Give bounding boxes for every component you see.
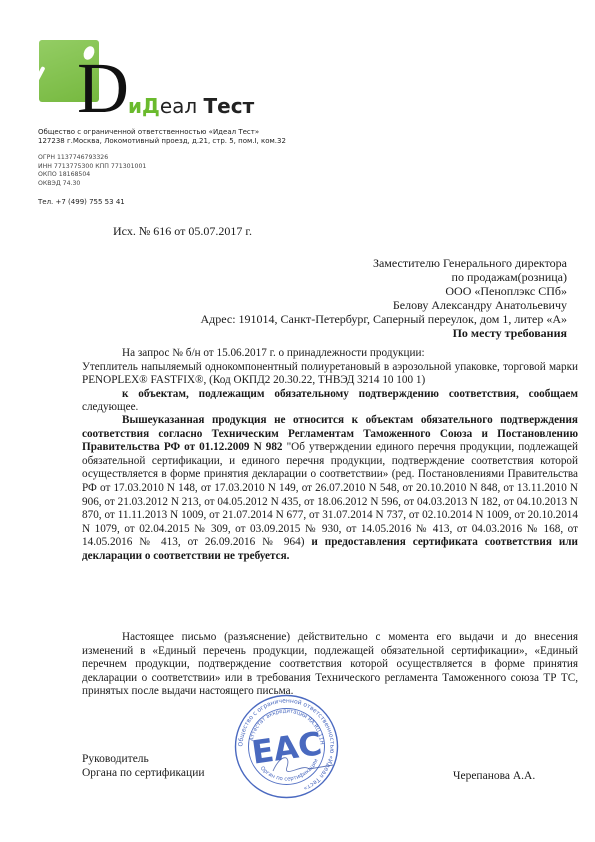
company-inn-kpp: ИНН 7713775300 КПП 771301001 (38, 163, 146, 172)
company-name: Общество с ограниченной ответственностью… (38, 128, 259, 137)
request-tail-bold: к объектам, подлежащим обязательному под… (122, 388, 578, 400)
company-ogrn: ОГРН 1137746793326 (38, 154, 108, 163)
request-line: На запрос № б/н от 15.06.2017 г. о прина… (82, 347, 578, 361)
conclusion-text: "Об утверждении единого перечня продукци… (82, 441, 578, 548)
certification-stamp-icon: Общество с ограниченной ответственностью… (233, 693, 340, 800)
request-tail-text: следующее. (82, 401, 138, 413)
addressee-note: По месту требования (453, 326, 567, 340)
logo-name-bold: Тест (204, 94, 255, 118)
addressee-department: по продажам(розница) (452, 270, 567, 284)
signatory-title-line2: Органа по сертификации (82, 766, 205, 780)
addressee-company: ООО «Пеноплэкс СПб» (445, 284, 567, 298)
product-line: Утеплитель напыляемый однокомпонентный п… (82, 361, 578, 388)
addressee-address: Адрес: 191014, Санкт-Петербург, Саперный… (200, 312, 567, 326)
outgoing-reference: Исх. № 616 от 05.07.2017 г. (113, 224, 252, 239)
company-okpo: ОКПО 18168504 (38, 171, 90, 180)
request-tail: к объектам, подлежащим обязательному под… (82, 388, 578, 415)
request-paragraph: На запрос № б/н от 15.06.2017 г. о прина… (82, 347, 578, 415)
validity-paragraph: Настоящее письмо (разъяснение) действите… (82, 631, 578, 699)
logo-letter: D (77, 52, 129, 124)
addressee-name: Белову Александру Анатольевичу (393, 298, 567, 312)
logo-name-rest: еал (160, 94, 204, 118)
company-phone: Тел. +7 (499) 755 53 41 (38, 198, 125, 207)
company-okved: ОКВЭД 74.30 (38, 180, 80, 189)
logo-brand-name: иДеал Тест (128, 95, 254, 117)
conclusion-paragraph: Вышеуказанная продукция не относится к о… (82, 414, 578, 564)
signatory-title-line1: Руководитель (82, 752, 205, 766)
company-address: 127238 г.Москва, Локомотивный проезд, д.… (38, 137, 286, 146)
addressee-position: Заместителю Генерального директора (373, 256, 567, 270)
signatory-name: Черепанова А.А. (453, 770, 535, 782)
validity-text: Настоящее письмо (разъяснение) действите… (82, 631, 578, 699)
signatory-title: Руководитель Органа по сертификации (82, 752, 205, 780)
logo-name-accent: иД (128, 94, 160, 118)
